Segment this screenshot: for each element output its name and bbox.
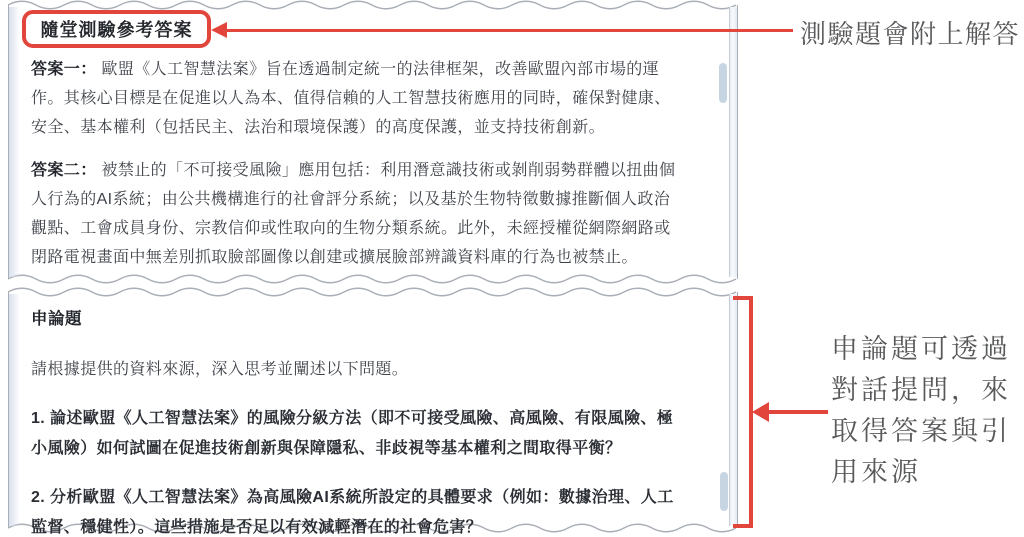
answer-body-1: 歐盟《人工智慧法案》旨在透過制定統一的法律框架，改善歐盟內部市場的運 作。其核心… bbox=[31, 61, 671, 136]
essay-questions-text: 申論題 請根據提供的資料來源，深入思考並闡述以下問題。 1. 論述歐盟《人工智慧… bbox=[31, 304, 717, 537]
answer-paragraph-2: 答案二： 被禁止的「不可接受風險」應用包括：利用潛意識技術或剝削弱勢群體以扭曲個… bbox=[31, 156, 717, 272]
essay-panel-heading: 申論題 bbox=[31, 304, 717, 334]
essay-callout-note: 申論題可透過 對話提問，來 取得答案與引 用來源 bbox=[831, 329, 1011, 493]
essay-questions-panel: 申論題 請根據提供的資料來源，深入思考並闡述以下問題。 1. 論述歐盟《人工智慧… bbox=[8, 292, 738, 528]
quiz-answers-text: 答案一： 歐盟《人工智慧法案》旨在透過制定統一的法律框架，改善歐盟內部市場的運 … bbox=[31, 55, 717, 286]
screenshot-root: 隨堂測驗參考答案 答案一： 歐盟《人工智慧法案》旨在透過制定統一的法律框架，改善… bbox=[0, 0, 1024, 537]
callout-line-essay bbox=[768, 410, 828, 414]
essay-question-2: 2. 分析歐盟《人工智慧法案》為高風險AI系統所設定的具體要求（例如：數據治理、… bbox=[31, 483, 717, 537]
answer-label-2: 答案二： bbox=[31, 162, 97, 179]
answer-body-2: 被禁止的「不可接受風險」應用包括：利用潛意識技術或剝削弱勢群體以扭曲個 人行為的… bbox=[31, 162, 675, 266]
left-arrow-icon bbox=[211, 22, 227, 38]
quiz-panel-title: 隨堂測驗參考答案 bbox=[41, 16, 193, 42]
scrollbar-thumb[interactable] bbox=[720, 472, 728, 511]
callout-bracket bbox=[733, 296, 753, 528]
essay-intro: 請根據提供的資料來源，深入思考並闡述以下問題。 bbox=[31, 355, 717, 385]
quiz-callout-note: 測驗題會附上解答 bbox=[800, 14, 1020, 51]
page-curl-shade bbox=[9, 294, 20, 526]
answer-label-1: 答案一： bbox=[31, 61, 97, 78]
page-curl-shade bbox=[9, 7, 20, 277]
left-arrow-icon bbox=[752, 402, 769, 422]
essay-question-1: 1. 論述歐盟《人工智慧法案》的風險分級方法（即不可接受風險、高風險、有限風險、… bbox=[31, 404, 717, 464]
torn-edge-top bbox=[8, 286, 738, 298]
answer-paragraph-1: 答案一： 歐盟《人工智慧法案》旨在透過制定統一的法律框架，改善歐盟內部市場的運 … bbox=[31, 55, 717, 142]
scrollbar-track[interactable] bbox=[729, 7, 737, 277]
quiz-title-highlight-box: 隨堂測驗參考答案 bbox=[22, 10, 211, 48]
quiz-answers-panel: 隨堂測驗參考答案 答案一： 歐盟《人工智慧法案》旨在透過制定統一的法律框架，改善… bbox=[8, 5, 738, 279]
scrollbar-thumb[interactable] bbox=[719, 63, 727, 103]
callout-line-quiz bbox=[226, 29, 793, 32]
